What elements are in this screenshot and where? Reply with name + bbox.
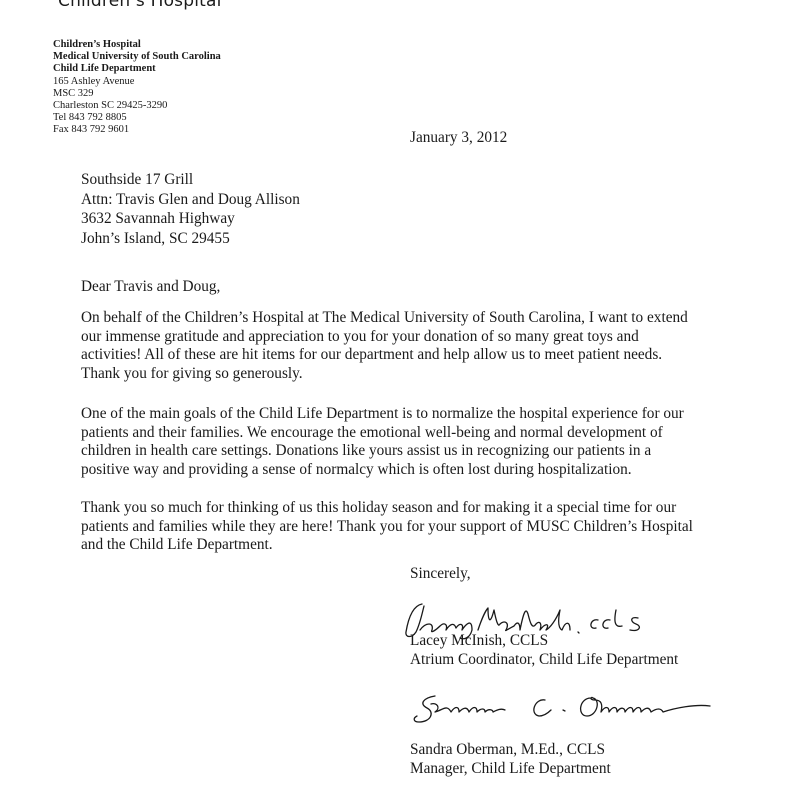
paragraph-line: activities! All of these are hit items f…: [81, 346, 800, 365]
paragraph-line: children in health care settings. Donati…: [81, 442, 800, 461]
body-paragraph: Thank you so much for thinking of us thi…: [81, 499, 800, 555]
hospital-logo-text: Children’s Hospital: [58, 0, 222, 11]
closing: Sincerely,: [410, 565, 471, 583]
letterhead-line: Fax 843 792 9601: [53, 124, 221, 136]
paragraph-line: patients and their families. We encourag…: [81, 424, 800, 443]
paragraph-line: and the Child Life Department.: [81, 536, 800, 555]
signer-block-mcinish: Lacey McInish, CCLS Atrium Coordinator, …: [410, 631, 678, 669]
paragraph-line: our immense gratitude and appreciation t…: [81, 328, 800, 347]
letterhead-line: 165 Ashley Avenue: [53, 76, 221, 88]
body-paragraph: One of the main goals of the Child Life …: [81, 405, 800, 479]
salutation: Dear Travis and Doug,: [81, 278, 220, 296]
letterhead-line: Child Life Department: [53, 63, 221, 75]
paragraph-line: Thank you so much for thinking of us thi…: [81, 499, 800, 518]
letter-date: January 3, 2012: [410, 129, 507, 147]
signer-title: Manager, Child Life Department: [410, 759, 611, 778]
recipient-line: Attn: Travis Glen and Doug Allison: [81, 190, 300, 210]
recipient-address: Southside 17 Grill Attn: Travis Glen and…: [81, 170, 300, 248]
letterhead-line: MSC 329: [53, 88, 221, 100]
handwritten-signature-oberman: [405, 690, 715, 730]
paragraph-line: One of the main goals of the Child Life …: [81, 405, 800, 424]
paragraph-line: patients and families while they are her…: [81, 518, 800, 537]
signer-name: Lacey McInish, CCLS: [410, 631, 678, 650]
paragraph-line: Thank you for giving so generously.: [81, 365, 800, 384]
paragraph-line: positive way and providing a sense of no…: [81, 461, 800, 480]
recipient-line: 3632 Savannah Highway: [81, 209, 300, 229]
letterhead-line: Tel 843 792 8805: [53, 112, 221, 124]
signer-title: Atrium Coordinator, Child Life Departmen…: [410, 650, 678, 669]
letterhead-line: Children’s Hospital: [53, 39, 221, 51]
letterhead-address-block: Children’s Hospital Medical University o…: [53, 39, 221, 137]
letterhead-line: Medical University of South Carolina: [53, 51, 221, 63]
letterhead-line: Charleston SC 29425-3290: [53, 100, 221, 112]
recipient-line: John’s Island, SC 29455: [81, 229, 300, 249]
recipient-line: Southside 17 Grill: [81, 170, 300, 190]
signer-name: Sandra Oberman, M.Ed., CCLS: [410, 740, 611, 759]
body-paragraph: On behalf of the Children’s Hospital at …: [81, 309, 800, 383]
signer-block-oberman: Sandra Oberman, M.Ed., CCLS Manager, Chi…: [410, 740, 611, 778]
paragraph-line: On behalf of the Children’s Hospital at …: [81, 309, 800, 328]
